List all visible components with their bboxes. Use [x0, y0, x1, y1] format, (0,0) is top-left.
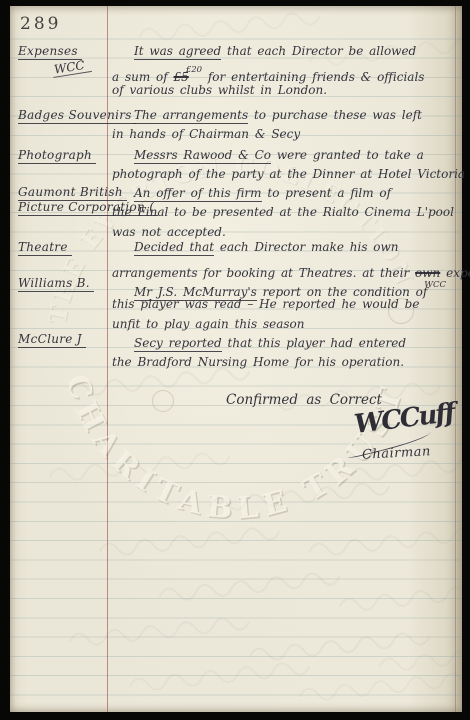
minute-text-segment: Messrs Rawood & Co: [134, 148, 271, 164]
minute-text-segment: photograph of the party at the Dinner at…: [112, 167, 465, 181]
minute-text-segment: £20: [186, 65, 202, 75]
minute-text-segment: each Director make his own: [214, 240, 398, 254]
margin-heading-expenses: Expenses: [18, 44, 82, 60]
page-number: 289: [20, 14, 61, 34]
minute-line: An offer of this firm to present a film …: [112, 184, 460, 203]
minute-line: Secy reported that this player had enter…: [112, 334, 460, 353]
entry-body-mcclure-j: Secy reported that this player had enter…: [112, 334, 460, 373]
margin-heading-gaumont-british: Gaumont British: [18, 185, 127, 201]
ghost-stroke: [139, 11, 319, 43]
entry-body-expenses: It was agreed that each Director be allo…: [112, 42, 460, 100]
margin-heading-photograph: Photograph: [18, 148, 96, 164]
entry-body-badges-souvenirs: The arrangements to purchase these was l…: [112, 106, 460, 145]
minute-line: the Final to be presented at the Rialto …: [112, 203, 460, 222]
entry-body-theatre: Decided that each Director make his owna…: [112, 238, 460, 277]
minute-text-segment: that each Director be allowed: [221, 44, 416, 58]
minute-text-segment: of various clubs whilst in London.: [112, 83, 327, 97]
minute-text-segment: in hands of Chairman & Secy: [112, 127, 300, 141]
minute-text-segment: WCC: [424, 280, 446, 290]
ghost-stroke: [99, 526, 279, 558]
minute-line: Decided that each Director make his own: [112, 238, 460, 257]
minute-line: arrangements for booking at Theatres. at…: [112, 257, 460, 276]
ghost-stroke: [69, 616, 249, 648]
confirmed-as-correct-text: Confirmed as Correct: [226, 392, 382, 408]
minute-text-segment: was not accepted.: [112, 225, 226, 239]
minute-text-segment: It was agreed: [134, 44, 221, 60]
minute-text-segment: Decided that: [134, 240, 214, 256]
margin-heading-williams-b: Williams B.: [18, 276, 94, 292]
ghost-stroke: [249, 631, 429, 663]
margin-heading-mcclure-j: McClure J: [18, 332, 86, 348]
chairman-label: Chairman: [362, 444, 432, 463]
minute-text-segment: Secy reported: [134, 336, 222, 352]
minute-text-segment: An offer of this firm: [134, 186, 262, 202]
paper-blemish: [152, 390, 174, 412]
ghost-stroke: [49, 451, 229, 483]
minute-line: Messrs Rawood & Co were granted to take …: [112, 146, 460, 165]
ghost-stroke: [159, 571, 339, 603]
minute-text-segment: to purchase these was left: [248, 108, 422, 122]
minute-text-segment: the Final to be presented at the Rialto …: [112, 205, 454, 219]
ghost-stroke: [339, 581, 462, 613]
minute-line: photograph of the party at the Dinner at…: [112, 165, 460, 184]
minute-text-segment: The arrangements: [134, 108, 248, 124]
minute-text-segment: this player was read – He reported he wo…: [112, 297, 419, 311]
paper-blemish: [388, 298, 414, 324]
entry-body-photograph: Messrs Rawood & Co were granted to take …: [112, 146, 460, 185]
minute-text-segment: unfit to play again this season: [112, 317, 304, 331]
ghost-stroke: [209, 481, 389, 513]
scanned-minute-book-photo: { "page": { "number": "289" }, "watermar…: [0, 0, 470, 720]
minute-text-segment: the Bradford Nursing Home for his operat…: [112, 355, 404, 369]
ghost-stroke: [129, 661, 309, 693]
margin-heading-theatre: Theatre: [18, 240, 72, 256]
ghost-stroke: [299, 671, 462, 703]
minute-text-segment: that this player had entered: [222, 336, 406, 350]
minute-line: the Bradford Nursing Home for his operat…: [112, 353, 460, 372]
minute-text-segment: to present a film of: [262, 186, 392, 200]
ghost-stroke: [379, 641, 462, 673]
minute-text-segment: were granted to take a: [271, 148, 424, 162]
minute-line: It was agreed that each Director be allo…: [112, 42, 460, 61]
ghost-stroke: [309, 526, 462, 558]
minute-line: Mr J.S. McMurray's report on the conditi…: [112, 276, 460, 295]
minute-line: in hands of Chairman & Secy: [112, 125, 460, 144]
entry-body-gaumont-british: An offer of this firm to present a film …: [112, 184, 460, 242]
minute-line: The arrangements to purchase these was l…: [112, 106, 460, 125]
ledger-page: THE EVERTON COLLECTION THE EVERTON COLLE…: [10, 6, 462, 712]
minute-line: a sum of £5£20 for entertaining friends …: [112, 61, 460, 80]
margin-note-initials-expenses: WCC: [51, 57, 92, 78]
